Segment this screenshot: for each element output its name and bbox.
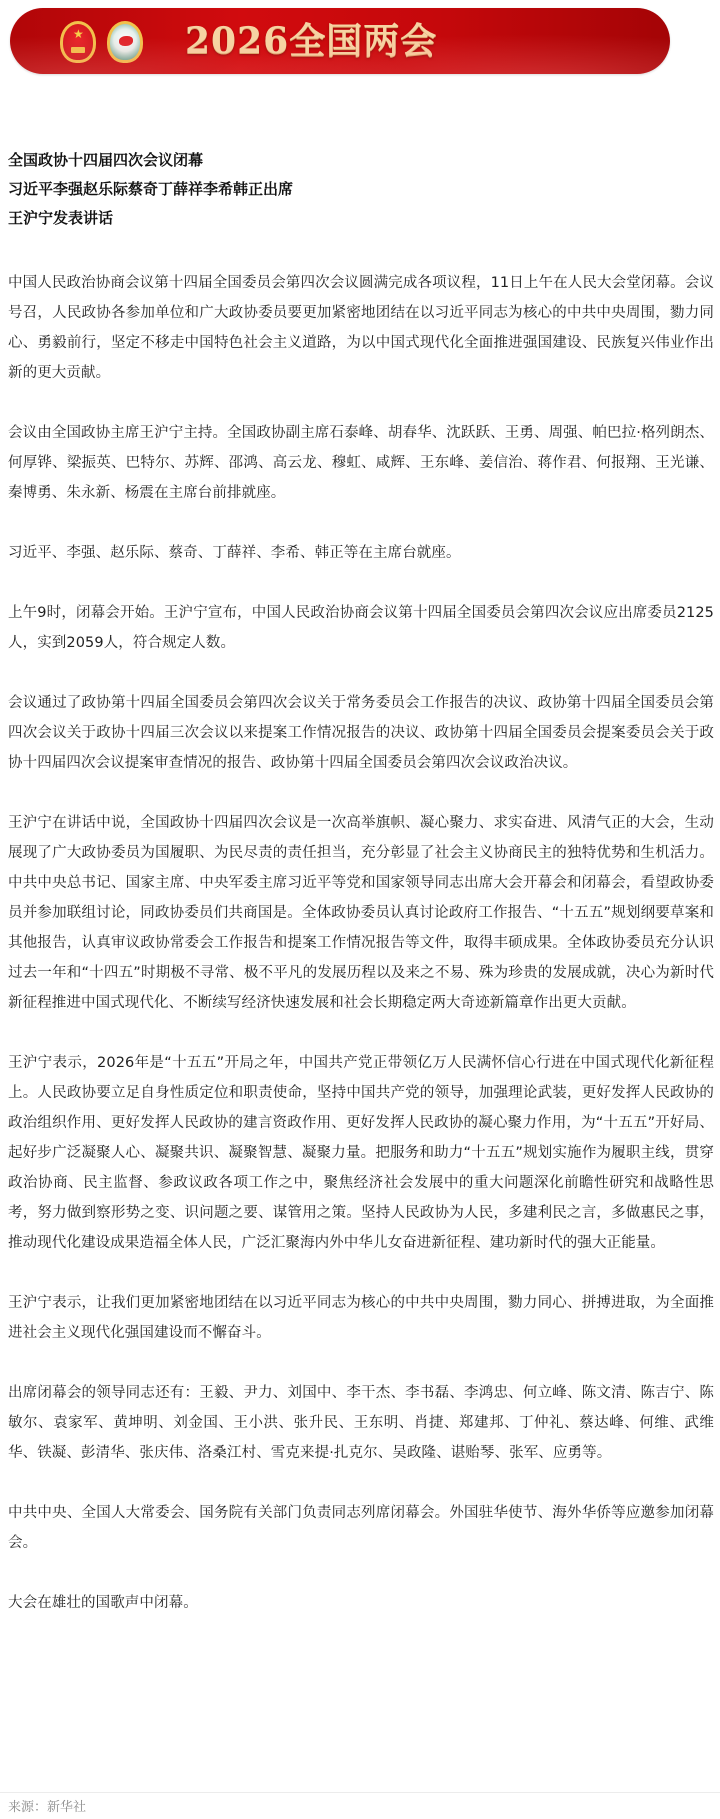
footer-divider	[0, 1792, 720, 1793]
event-banner: ★ 2026全国两会	[10, 8, 670, 74]
headline-block: 全国政协十四届四次会议闭幕 习近平李强赵乐际蔡奇丁薛祥李希韩正出席 王沪宁发表讲…	[8, 146, 293, 233]
paragraph-speech-2: 王沪宁表示，2026年是“十五五”开局之年，中国共产党正带领亿万人民满怀信心行进…	[8, 1048, 714, 1258]
paragraph-speech-1: 王沪宁在讲话中说，全国政协十四届四次会议是一次高举旗帜、凝心聚力、求实奋进、风清…	[8, 808, 714, 1018]
banner-title: 2026全国两会	[185, 20, 437, 62]
tiananmen-gate-icon	[71, 47, 85, 53]
paragraph-rostrum: 习近平、李强、赵乐际、蔡奇、丁薛祥、李希、韩正等在主席台就座。	[8, 538, 714, 568]
source-credit: 来源：新华社	[8, 1799, 86, 1817]
headline-attendees: 习近平李强赵乐际蔡奇丁薛祥李希韩正出席	[8, 175, 293, 204]
headline-main: 全国政协十四届四次会议闭幕	[8, 146, 293, 175]
star-icon: ★	[73, 28, 84, 40]
paragraph-resolutions: 会议通过了政协第十四届全国委员会第四次会议关于常务委员会工作报告的决议、政协第十…	[8, 688, 714, 778]
paragraph-presiding: 会议由全国政协主席王沪宁主持。全国政协副主席石泰峰、胡春华、沈跃跃、王勇、周强、…	[8, 418, 714, 508]
paragraph-attendance: 上午9时，闭幕会开始。王沪宁宣布，中国人民政治协商会议第十四届全国委员会第四次会…	[8, 598, 714, 658]
national-emblem-icon: ★	[60, 21, 96, 63]
paragraph-anthem: 大会在雄壮的国歌声中闭幕。	[8, 1588, 714, 1618]
paragraph-observers: 中共中央、全国人大常委会、国务院有关部门负责同志列席闭幕会。外国驻华使节、海外华…	[8, 1498, 714, 1558]
article-body: 中国人民政治协商会议第十四届全国委员会第四次会议圆满完成各项议程，11日上午在人…	[8, 268, 714, 1648]
flag-icon	[119, 36, 133, 46]
paragraph-closing-summary: 中国人民政治协商会议第十四届全国委员会第四次会议圆满完成各项议程，11日上午在人…	[8, 268, 714, 388]
paragraph-other-leaders: 出席闭幕会的领导同志还有：王毅、尹力、刘国中、李干杰、李书磊、李鸿忠、何立峰、陈…	[8, 1378, 714, 1468]
paragraph-speech-3: 王沪宁表示，让我们更加紧密地团结在以习近平同志为核心的中共中央周围，勠力同心、拼…	[8, 1288, 714, 1348]
cppcc-emblem-icon	[107, 21, 143, 63]
headline-speech: 王沪宁发表讲话	[8, 204, 293, 233]
